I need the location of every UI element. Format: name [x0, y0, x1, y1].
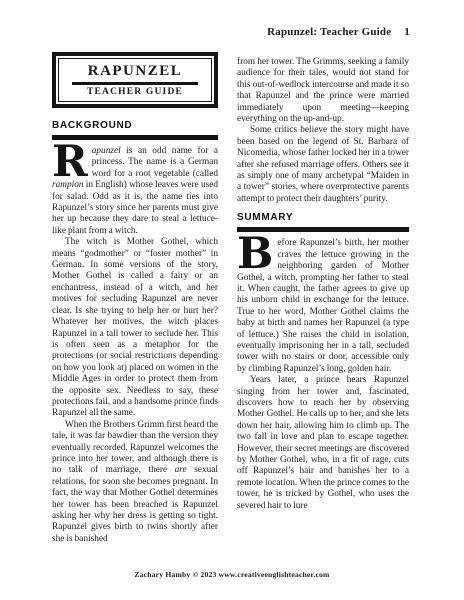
paragraph: Rapunzel is an odd name for a princess. … [52, 146, 218, 237]
text-segment: The witch is Mother Gothel, which means … [52, 237, 218, 418]
title-box: RAPUNZEL TEACHER GUIDE [52, 52, 218, 108]
title-box-inner: RAPUNZEL TEACHER GUIDE [58, 58, 212, 102]
text-segment: Some critics believe the story might hav… [237, 125, 409, 203]
running-header: Rapunzel: Teacher Guide1 [267, 26, 410, 38]
title-divider-rule [72, 82, 198, 85]
page-number: 1 [404, 26, 410, 38]
text-segment: from her tower. The Grimms, seeking a fa… [237, 57, 409, 124]
drop-cap: R [52, 146, 92, 180]
section-heading-summary: SUMMARY [237, 213, 409, 223]
left-column: RAPUNZEL TEACHER GUIDE BACKGROUND Rapunz… [52, 52, 218, 545]
paragraph: When the Brothers Grimm first heard the … [52, 420, 218, 545]
paragraph: Years later, a prince hears Rapunzel sin… [237, 375, 409, 512]
paragraph: Before Rapunzel’s birth, her mother crav… [237, 238, 409, 375]
text-segment: Years later, a prince hears Rapunzel sin… [237, 375, 409, 510]
running-header-title: Rapunzel: Teacher Guide [267, 26, 391, 38]
paragraph: from her tower. The Grimms, seeking a fa… [237, 57, 409, 125]
background-section-continued: from her tower. The Grimms, seeking a fa… [237, 57, 409, 205]
text-segment: sexual relations, for soon she becomes p… [52, 465, 218, 543]
italic-text-segment: apunzel [92, 146, 121, 156]
italic-text-segment: are [175, 465, 187, 475]
drop-cap: B [237, 238, 277, 272]
document-page: Rapunzel: Teacher Guide1 RAPUNZEL TEACHE… [0, 0, 464, 600]
background-section-body: Rapunzel is an odd name for a princess. … [52, 146, 218, 545]
page-footer: Zachary Hamby © 2023 www.creativeenglish… [0, 570, 464, 579]
paragraph: Some critics believe the story might hav… [237, 125, 409, 205]
document-subtitle: TEACHER GUIDE [61, 87, 209, 98]
section-heading-background: BACKGROUND [52, 121, 218, 131]
document-title: RAPUNZEL [61, 63, 209, 80]
italic-text-segment: rampion [52, 180, 84, 190]
right-column: from her tower. The Grimms, seeking a fa… [237, 57, 409, 512]
paragraph: The witch is Mother Gothel, which means … [52, 237, 218, 420]
summary-section-body: Before Rapunzel’s birth, her mother crav… [237, 238, 409, 512]
